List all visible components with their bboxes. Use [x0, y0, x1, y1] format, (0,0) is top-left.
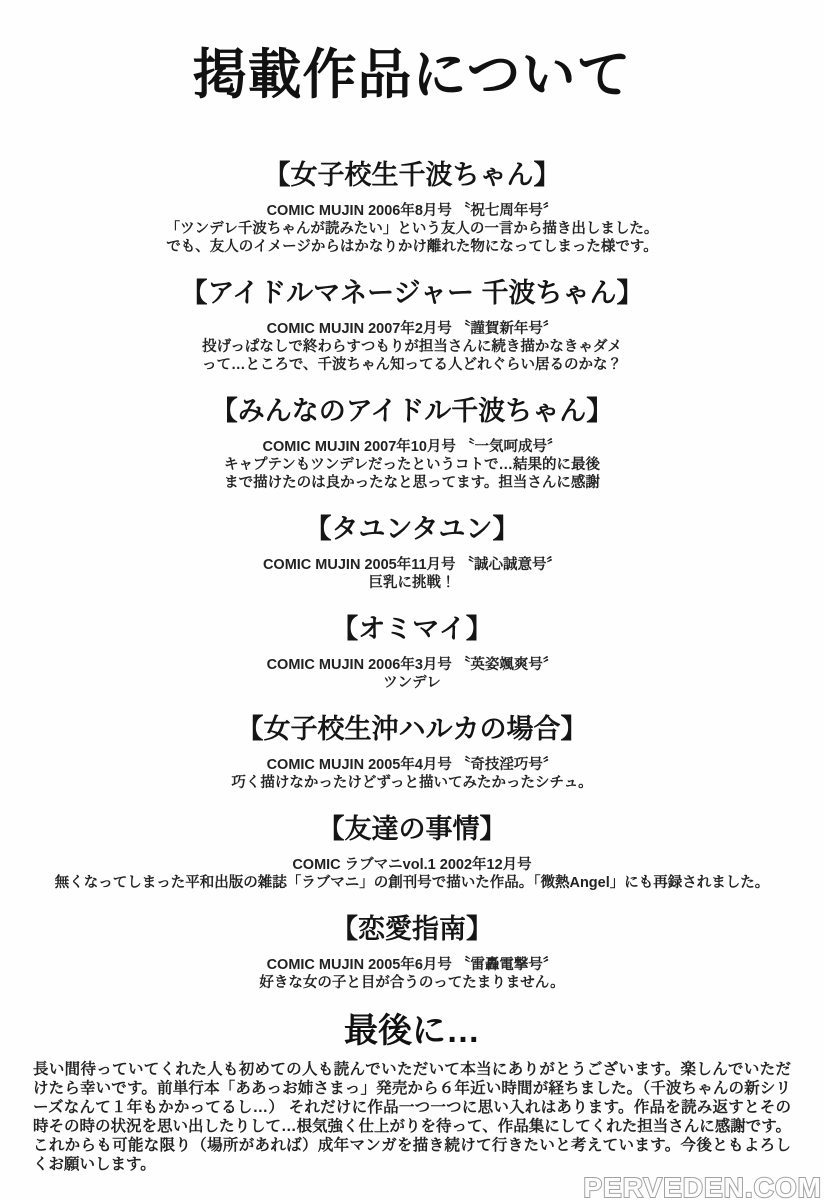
work-title: 【女子校生沖ハルカの場合】 [0, 712, 824, 746]
work-section: 【恋愛指南】 COMIC MUJIN 2005年6月号 〝雷轟電撃号〞 好きな女… [0, 912, 824, 992]
work-publication-line: COMIC MUJIN 2007年10月号 〝一気呵成号〞 [0, 438, 824, 456]
work-title: 【友達の事情】 [0, 812, 824, 846]
closing-title: 最後に… [0, 1012, 824, 1050]
page-title: 掲載作品について [0, 44, 824, 106]
work-comment-line: でも、友人のイメージからはかなりかけ離れた物になってしまった様です。 [0, 238, 824, 256]
work-comment-line: って…ところで、千波ちゃん知ってる人どれぐらい居るのかな？ [0, 356, 824, 374]
work-title: 【恋愛指南】 [0, 912, 824, 946]
work-publication-line: COMIC MUJIN 2006年8月号 〝祝七周年号〞 [0, 202, 824, 220]
work-section: 【女子校生千波ちゃん】 COMIC MUJIN 2006年8月号 〝祝七周年号〞… [0, 158, 824, 256]
work-title: 【オミマイ】 [0, 612, 824, 646]
work-section: 【オミマイ】 COMIC MUJIN 2006年3月号 〝英姿颯爽号〞 ツンデレ [0, 612, 824, 692]
work-comment-line: 無くなってしまった平和出版の雑誌「ラブマニ」の創刊号で描いた作品。「微熱Ange… [0, 874, 824, 892]
work-comment-line: まで描けたのは良かったなと思ってます。担当さんに感謝 [0, 474, 824, 492]
work-section: 【友達の事情】 COMIC ラブマニvol.1 2002年12月号 無くなってし… [0, 812, 824, 892]
work-comment-line: 巨乳に挑戦！ [0, 574, 824, 592]
closing-paragraph: 長い間待っていてくれた人も初めての人も読んでいただいて本当にありがとうございます… [0, 1060, 824, 1174]
afterword-page: 掲載作品について 【女子校生千波ちゃん】 COMIC MUJIN 2006年8月… [0, 0, 824, 1200]
work-title: 【みんなのアイドル千波ちゃん】 [0, 394, 824, 428]
work-title: 【アイドルマネージャー 千波ちゃん】 [0, 276, 824, 310]
work-comment-line: 投げっぱなしで終わらすつもりが担当さんに続き描かなきゃダメ [0, 338, 824, 356]
work-comment-line: ツンデレ [0, 674, 824, 692]
work-publication-line: COMIC MUJIN 2005年6月号 〝雷轟電撃号〞 [0, 956, 824, 974]
work-publication-line: COMIC MUJIN 2007年2月号 〝謹賀新年号〞 [0, 320, 824, 338]
work-publication-line: COMIC MUJIN 2005年4月号 〝奇技淫巧号〞 [0, 756, 824, 774]
work-section: 【みんなのアイドル千波ちゃん】 COMIC MUJIN 2007年10月号 〝一… [0, 394, 824, 492]
site-watermark: PERVEDEN.COM [583, 1172, 822, 1200]
work-comment-line: 「ツンデレ千波ちゃんが読みたい」という友人の一言から描き出しました。 [0, 220, 824, 238]
work-section: 【女子校生沖ハルカの場合】 COMIC MUJIN 2005年4月号 〝奇技淫巧… [0, 712, 824, 792]
work-section: 【アイドルマネージャー 千波ちゃん】 COMIC MUJIN 2007年2月号 … [0, 276, 824, 374]
closing-section: 最後に… 長い間待っていてくれた人も初めての人も読んでいただいて本当にありがとう… [0, 1012, 824, 1174]
work-section: 【タユンタユン】 COMIC MUJIN 2005年11月号 〝誠心誠意号〞 巨… [0, 512, 824, 592]
work-comment-line: 好きな女の子と目が合うのってたまりません。 [0, 974, 824, 992]
work-title: 【タユンタユン】 [0, 512, 824, 546]
work-comment-line: 巧く描けなかったけどずっと描いてみたかったシチュ。 [0, 774, 824, 792]
work-title: 【女子校生千波ちゃん】 [0, 158, 824, 192]
work-publication-line: COMIC MUJIN 2006年3月号 〝英姿颯爽号〞 [0, 656, 824, 674]
work-publication-line: COMIC MUJIN 2005年11月号 〝誠心誠意号〞 [0, 556, 824, 574]
work-comment-line: キャプテンもツンデレだったというコトで…結果的に最後 [0, 456, 824, 474]
work-publication-line: COMIC ラブマニvol.1 2002年12月号 [0, 856, 824, 874]
